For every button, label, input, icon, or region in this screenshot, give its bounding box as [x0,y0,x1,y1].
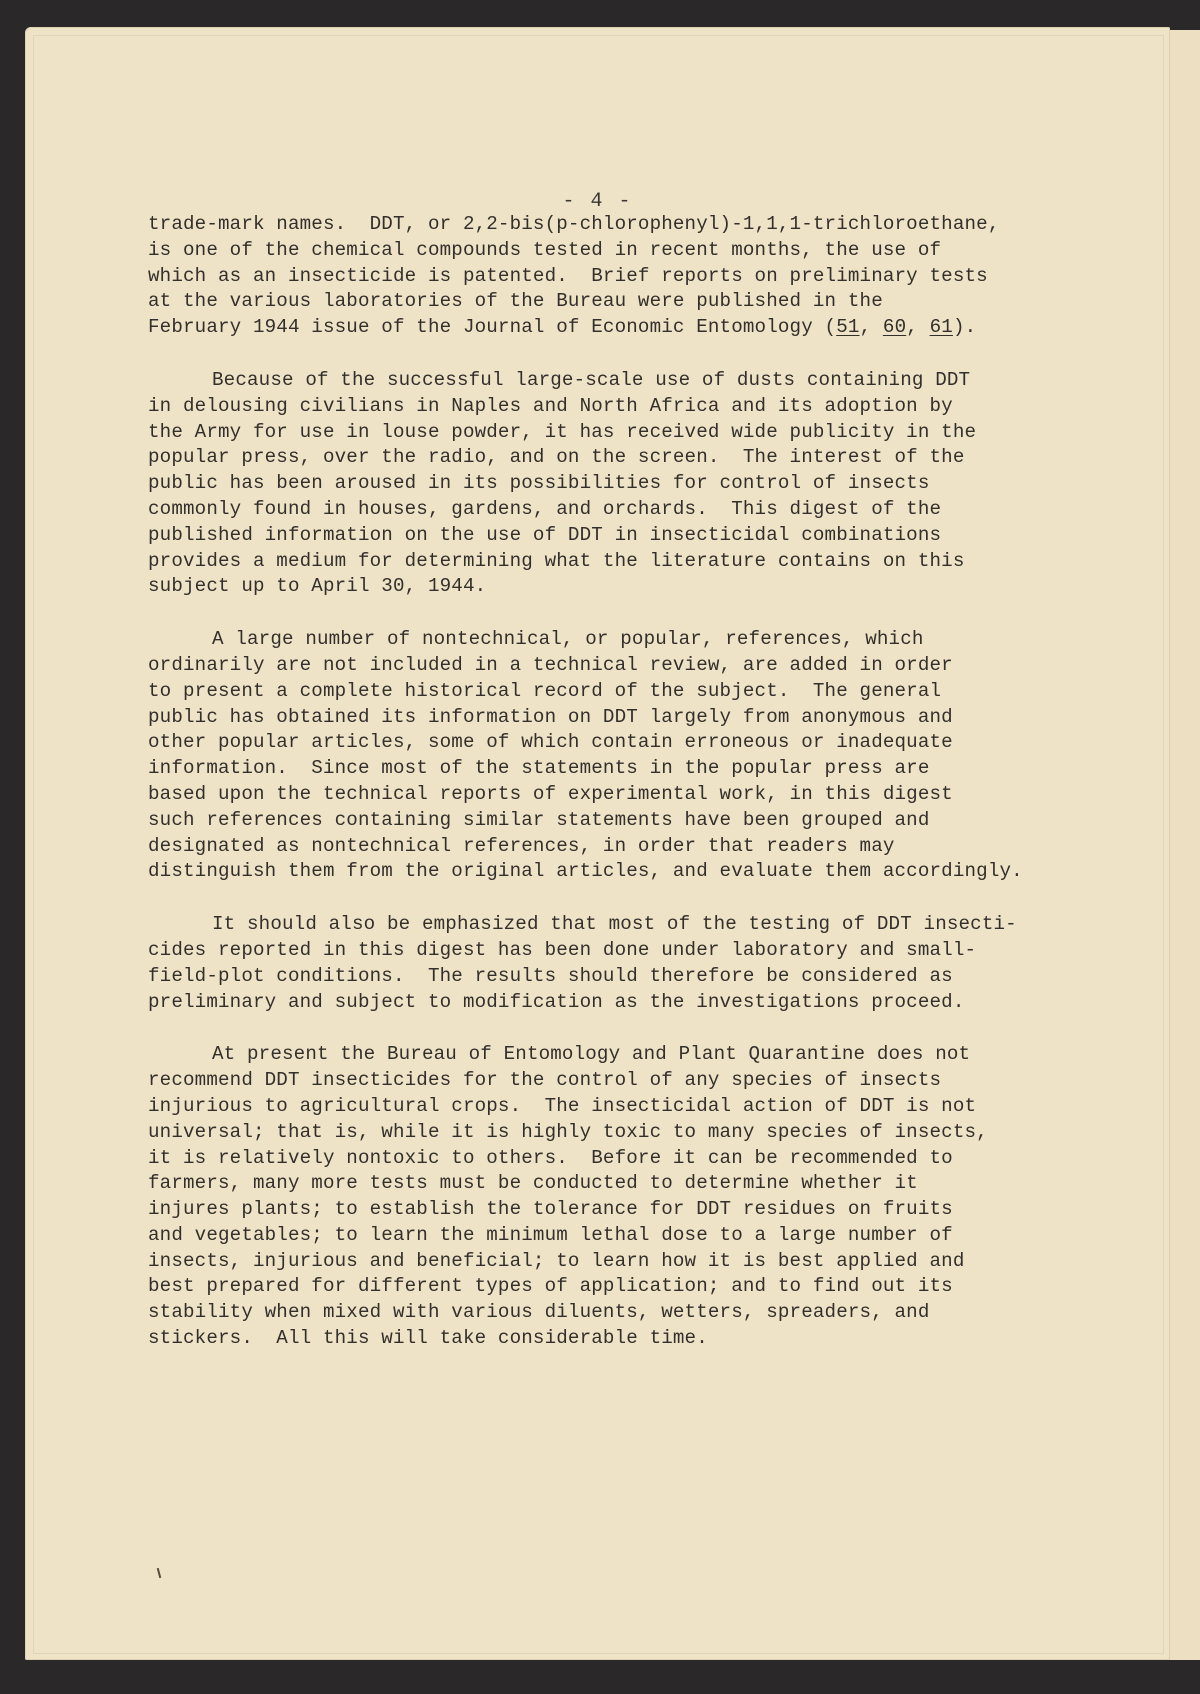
text-line: published information on the use of DDT … [148,523,1148,549]
text-line: insects, injurious and beneficial; to le… [148,1249,1148,1275]
paragraph-1: trade-mark names. DDT, or 2,2-bis(p-chlo… [148,212,1148,341]
citation-sep: , [860,316,883,338]
text-line: public has been aroused in its possibili… [148,471,1148,497]
text-line: best prepared for different types of app… [148,1274,1148,1300]
text-line: February 1944 issue of the Journal of Ec… [148,315,1148,341]
text-line: A large number of nontechnical, or popul… [148,627,1148,653]
text-line: stickers. All this will take considerabl… [148,1326,1148,1352]
text-line: which as an insecticide is patented. Bri… [148,264,1148,290]
paragraph-3: A large number of nontechnical, or popul… [148,627,1148,885]
citation-ref: 61 [930,316,953,338]
citation-sep: , [906,316,929,338]
text-line: the Army for use in louse powder, it has… [148,420,1148,446]
text-line: commonly found in houses, gardens, and o… [148,497,1148,523]
text-line: preliminary and subject to modification … [148,990,1148,1016]
next-page-edge [1168,30,1200,1660]
document-body: trade-mark names. DDT, or 2,2-bis(p-chlo… [148,212,1148,1379]
text-line: stability when mixed with various diluen… [148,1300,1148,1326]
text-line: designated as nontechnical references, i… [148,834,1148,860]
text-line: ordinarily are not included in a technic… [148,653,1148,679]
text-line: public has obtained its information on D… [148,705,1148,731]
text-fragment: February 1944 issue of the Journal of Ec… [148,316,825,338]
text-line: injures plants; to establish the toleran… [148,1197,1148,1223]
text-line: trade-mark names. DDT, or 2,2-bis(p-chlo… [148,212,1148,238]
text-line: in delousing civilians in Naples and Nor… [148,394,1148,420]
text-line: at the various laboratories of the Burea… [148,289,1148,315]
text-line: At present the Bureau of Entomology and … [148,1042,1148,1068]
paragraph-4: It should also be emphasized that most o… [148,912,1148,1015]
text-line: other popular articles, some of which co… [148,730,1148,756]
text-line: Because of the successful large-scale us… [148,368,1148,394]
text-line: is one of the chemical compounds tested … [148,238,1148,264]
text-line: It should also be emphasized that most o… [148,912,1148,938]
paragraph-2: Because of the successful large-scale us… [148,368,1148,600]
text-line: distinguish them from the original artic… [148,859,1148,885]
text-line: to present a complete historical record … [148,679,1148,705]
text-line: universal; that is, while it is highly t… [148,1120,1148,1146]
text-line: such references containing similar state… [148,808,1148,834]
citation-paren: ( [825,316,837,338]
page-number: - 4 - [25,190,1170,213]
text-line: farmers, many more tests must be conduct… [148,1171,1148,1197]
paragraph-5: At present the Bureau of Entomology and … [148,1042,1148,1352]
text-line: information. Since most of the statement… [148,756,1148,782]
text-line: it is relatively nontoxic to others. Bef… [148,1146,1148,1172]
text-line: cides reported in this digest has been d… [148,938,1148,964]
text-line: field-plot conditions. The results shoul… [148,964,1148,990]
text-line: and vegetables; to learn the minimum let… [148,1223,1148,1249]
text-line: popular press, over the radio, and on th… [148,445,1148,471]
text-line: subject up to April 30, 1944. [148,574,1148,600]
citation-paren: ). [953,316,976,338]
citation-ref: 51 [836,316,859,338]
text-line: based upon the technical reports of expe… [148,782,1148,808]
text-line: recommend DDT insecticides for the contr… [148,1068,1148,1094]
citation-ref: 60 [883,316,906,338]
text-line: provides a medium for determining what t… [148,549,1148,575]
text-line: injurious to agricultural crops. The ins… [148,1094,1148,1120]
